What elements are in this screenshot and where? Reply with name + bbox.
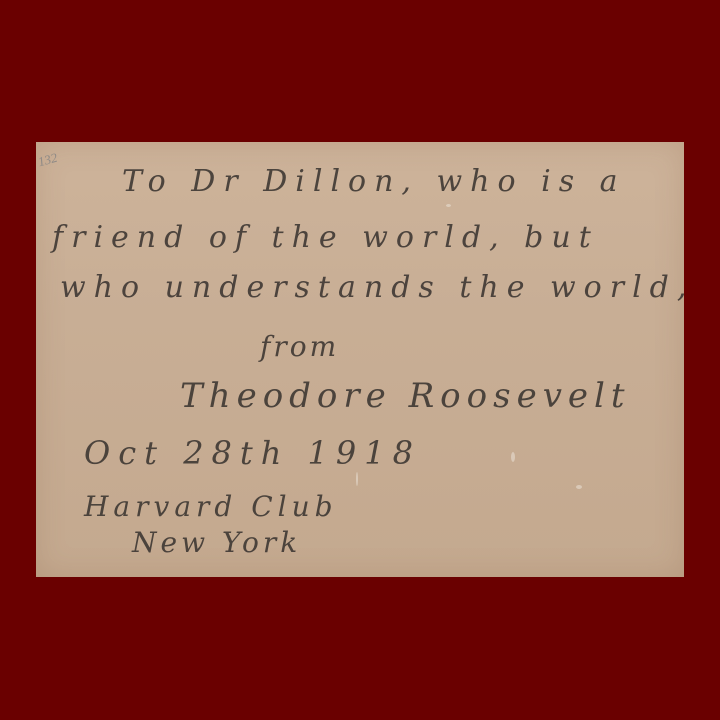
inscription-line-3: who understands the world, [60, 270, 694, 305]
date-line: Oct 28th 1918 [84, 434, 421, 472]
paper-speck [446, 204, 451, 207]
inscription-from: from [260, 330, 339, 363]
inscription-line-2: friend of the world, but [52, 220, 599, 255]
location-line-2: New York [132, 526, 301, 559]
paper-speck [576, 485, 582, 489]
paper-speck [356, 472, 358, 486]
signature: Theodore Roosevelt [180, 376, 631, 416]
inscription-line-1: To Dr Dillon, who is a [122, 164, 626, 199]
inscribed-card: 132 To Dr Dillon, who is a friend of the… [36, 142, 684, 577]
paper-speck [511, 452, 515, 462]
pencil-mark: 132 [36, 150, 59, 171]
location-line-1: Harvard Club [84, 490, 338, 523]
